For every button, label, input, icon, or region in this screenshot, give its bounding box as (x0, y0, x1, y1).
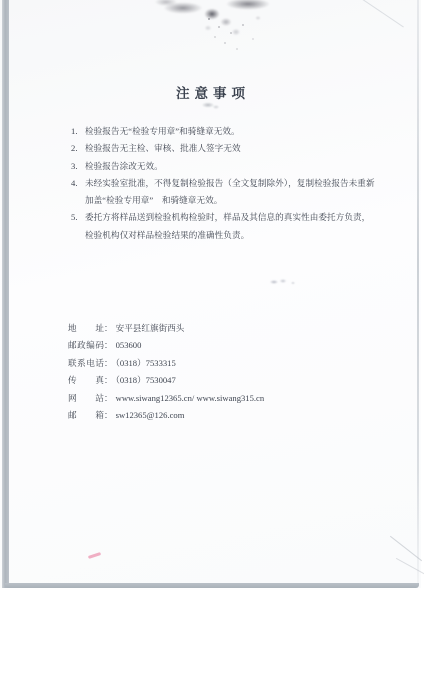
contact-label: 传真 (68, 372, 104, 389)
contact-colon: ： (104, 393, 113, 403)
contact-value: （0318）7530047 (116, 375, 176, 385)
paper-edge-bottom (5, 583, 419, 588)
paper-sheet: 注意事项 1. 检验报告无“检验专用章”和骑缝章无效。 2. 检验报告无主检、审… (0, 0, 421, 588)
contact-colon: ： (104, 410, 113, 420)
note-text: 检验报告无“检验专用章”和骑缝章无效。 (85, 123, 240, 140)
ink-speckles (208, 18, 210, 20)
note-line: 加盖“检验专用章” 和骑缝章无效。 (85, 192, 375, 209)
contact-block: 地址：安平县红旗街西头 邮政编码：053600 联系电话：（0318）75333… (68, 320, 264, 424)
scanner-edge-left (2, 0, 9, 588)
contact-colon: ： (104, 340, 113, 350)
contact-row-postcode: 邮政编码：053600 (68, 337, 264, 354)
contact-label: 联系电话 (68, 355, 104, 372)
note-line: 委托方将样品送到检验机构检验时，样品及其信息的真实性由委托方负责， (85, 209, 370, 226)
contact-value: www.siwang12365.cn/ www.siwang315.cn (116, 393, 265, 403)
note-number: 1. (71, 123, 85, 140)
notes-list: 1. 检验报告无“检验专用章”和骑缝章无效。 2. 检验报告无主检、审核、批准人… (71, 123, 387, 244)
note-text: 未经实验室批准，不得复制检验报告（全文复制除外），复制检验报告未重新 加盖“检验… (85, 175, 375, 210)
contact-label: 邮箱 (68, 407, 104, 424)
note-item: 1. 检验报告无“检验专用章”和骑缝章无效。 (71, 123, 387, 140)
note-text: 委托方将样品送到检验机构检验时，样品及其信息的真实性由委托方负责， 检验机构仅对… (85, 209, 370, 244)
note-item: 4. 未经实验室批准，不得复制检验报告（全文复制除外），复制检验报告未重新 加盖… (71, 175, 387, 210)
note-line: 检验报告无“检验专用章”和骑缝章无效。 (85, 123, 240, 140)
paper-edge-right (417, 0, 419, 584)
contact-row-address: 地址：安平县红旗街西头 (68, 320, 264, 337)
note-text: 检验报告涂改无效。 (85, 158, 163, 175)
scan-canvas: { "document": { "title": "注意事项", "notes"… (0, 0, 424, 700)
note-number: 3. (71, 158, 85, 175)
note-line: 检验报告无主检、审核、批准人签字无效 (85, 140, 241, 157)
contact-colon: ： (104, 375, 113, 385)
faint-smudge-mid-page (266, 278, 302, 289)
scan-scratch-top-right (360, 0, 404, 27)
contact-row-fax: 传真：（0318）7530047 (68, 372, 264, 389)
contact-label: 网站 (68, 390, 104, 407)
note-item: 3. 检验报告涂改无效。 (71, 158, 387, 175)
note-number: 4. (71, 175, 85, 210)
contact-row-email: 邮箱：sw12365@126.com (68, 407, 264, 424)
note-number: 2. (71, 140, 85, 157)
note-number: 5. (71, 209, 85, 244)
note-item: 2. 检验报告无主检、审核、批准人签字无效 (71, 140, 387, 157)
pink-pen-mark (88, 552, 101, 559)
ink-stain-top (148, 0, 290, 44)
contact-colon: ： (104, 358, 113, 368)
note-text: 检验报告无主检、审核、批准人签字无效 (85, 140, 241, 157)
contact-value: （0318）7533315 (116, 358, 176, 368)
contact-value: 安平县红旗街西头 (116, 323, 185, 333)
contact-value: 053600 (116, 340, 142, 350)
small-smudge-under-title (198, 100, 222, 111)
page-title: 注意事项 (0, 82, 421, 102)
note-line: 未经实验室批准，不得复制检验报告（全文复制除外），复制检验报告未重新 (85, 175, 375, 192)
contact-label: 地址 (68, 320, 104, 337)
note-line: 检验报告涂改无效。 (85, 158, 163, 175)
contact-row-phone: 联系电话：（0318）7533315 (68, 355, 264, 372)
note-item: 5. 委托方将样品送到检验机构检验时，样品及其信息的真实性由委托方负责， 检验机… (71, 209, 387, 244)
contact-colon: ： (104, 323, 113, 333)
note-line: 检验机构仅对样品检验结果的准确性负责。 (85, 227, 370, 244)
contact-label: 邮政编码 (68, 337, 104, 354)
contact-row-website: 网站：www.siwang12365.cn/ www.siwang315.cn (68, 390, 264, 407)
contact-value: sw12365@126.com (116, 410, 185, 420)
